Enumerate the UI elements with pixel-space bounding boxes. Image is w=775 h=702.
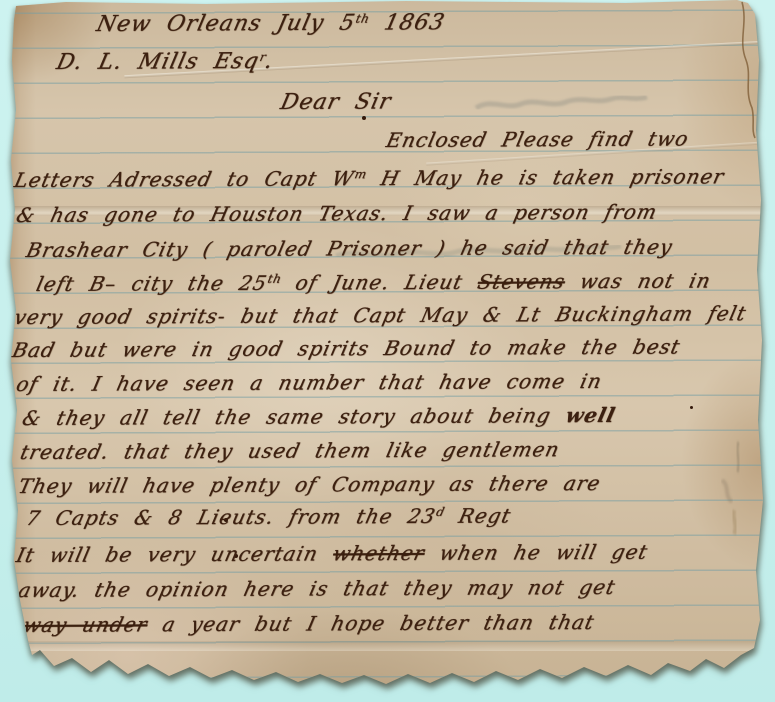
body-line-3: & has gone to Houston Texas. I saw a per… xyxy=(14,200,660,227)
body-line-9: & they all tell the same story about bei… xyxy=(20,403,618,430)
body-line-4: Brashear City ( paroled Prisoner ) he sa… xyxy=(24,235,675,262)
paper-shadow: New Orleans July 5th 1863 D. L. Mills Es… xyxy=(0,0,775,702)
body-line-6: very good spirits- but that Capt May & L… xyxy=(12,301,749,329)
body-line-7: Bad but were in good spirits Bound to ma… xyxy=(10,335,683,362)
addressee-line: D. L. Mills Esqr. xyxy=(54,49,276,75)
salutation-line: Dear Sir xyxy=(278,89,394,115)
letter-paper: New Orleans July 5th 1863 D. L. Mills Es… xyxy=(6,0,768,698)
body-line-14: away. the opinion here is that they may … xyxy=(16,575,618,602)
body-line-2: Letters Adressed to Capt Wm H May he is … xyxy=(12,164,727,192)
body-line-13: It will be very uncertain whether when h… xyxy=(14,540,650,567)
letter-text: New Orleans July 5th 1863 D. L. Mills Es… xyxy=(6,0,768,698)
body-line-11: They will have plenty of Company as ther… xyxy=(16,471,603,498)
body-line-8: of it. I have seen a number that have co… xyxy=(14,369,605,396)
body-line-10: treated. that they used them like gentle… xyxy=(18,437,562,464)
body-line-15: away under a year but I hope better than… xyxy=(8,610,597,637)
body-line-1: Enclosed Please find two xyxy=(384,126,691,152)
body-line-12: 7 Capts & 8 Lieuts. from the 23d Regt xyxy=(24,503,514,530)
date-line: New Orleans July 5th 1863 xyxy=(94,10,447,37)
body-line-5: left B– city the 25th of June. Lieut Ste… xyxy=(34,268,713,296)
scanner-background: New Orleans July 5th 1863 D. L. Mills Es… xyxy=(0,0,775,702)
